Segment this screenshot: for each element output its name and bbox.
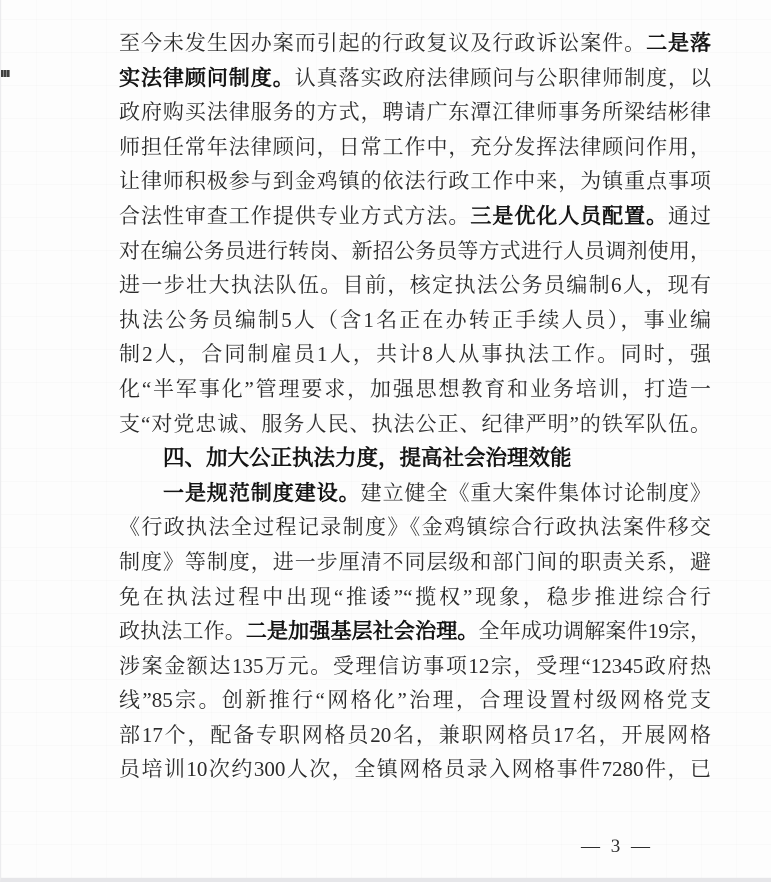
text-run: 师担任常年法律顾问，日常工作中，充分发挥法律顾问作用， — [119, 135, 711, 159]
text-run: 全年成功调解案件19宗， — [479, 619, 711, 643]
text-run: 员培训10次约300人次，全镇网格员录入网格事件7280件，已 — [119, 757, 711, 781]
text-line: 员培训10次约300人次，全镇网格员录入网格事件7280件，已 — [119, 752, 711, 787]
text-line: 执法公务员编制5人（含1名正在办转正手续人员），事业编 — [119, 303, 711, 338]
text-run: 免在执法过程中出现“推诿”“揽权”现象，稳步推进综合行 — [119, 585, 711, 609]
text-run: 《行政执法全过程记录制度》《金鸡镇综合行政执法案件移交 — [119, 515, 711, 539]
emphasis-run: 三是优化人员配置。 — [470, 204, 668, 228]
emphasis-run: 一是规范制度建设。 — [163, 481, 361, 505]
section-heading: 四、加大公正执法力度，提高社会治理效能 — [119, 441, 711, 476]
text-line: 制2人，合同制雇员1人，共计8人从事执法工作。同时，强 — [119, 337, 711, 372]
text-run: 制2人，合同制雇员1人，共计8人从事执法工作。同时，强 — [119, 342, 711, 366]
text-line: 政执法工作。二是加强基层社会治理。全年成功调解案件19宗， — [119, 614, 711, 649]
text-run: 线”85宗。创新推行“网格化”治理，合理设置村级网格党支 — [119, 688, 711, 712]
text-run: 涉案金额达135万元。受理信访事项12宗，受理“12345政府热 — [119, 654, 711, 678]
text-line: 化“半军事化”管理要求，加强思想教育和业务培训，打造一 — [119, 372, 711, 407]
text-line: 进一步壮大执法队伍。目前，核定执法公务员编制6人，现有 — [119, 268, 711, 303]
text-line: 一是规范制度建设。建立健全《重大案件集体讨论制度》 — [119, 476, 711, 511]
text-run: 至今未发生因办案而引起的行政复议及行政诉讼案件。 — [119, 31, 646, 55]
emphasis-run: 实法律顾问制度。 — [119, 66, 295, 90]
text-run: 制度》等制度，进一步厘清不同层级和部门间的职责关系，避 — [119, 550, 711, 574]
text-run: 合法性审查工作提供专业方式方法。 — [119, 204, 470, 228]
text-line: 线”85宗。创新推行“网格化”治理，合理设置村级网格党支 — [119, 683, 711, 718]
text-run: 支“对党忠诚、服务人民、执法公正、纪律严明”的铁军队伍。 — [119, 412, 711, 436]
text-line: 政府购买法律服务的方式，聘请广东潭江律师事务所梁结彬律 — [119, 95, 711, 130]
emphasis-run: 二是落 — [646, 31, 711, 55]
text-line: 实法律顾问制度。认真落实政府法律顾问与公职律师制度，以 — [119, 61, 711, 96]
text-line: 让律师积极参与到金鸡镇的依法行政工作中来，为镇重点事项 — [119, 164, 711, 199]
text-run: 政执法工作。 — [119, 619, 246, 643]
text-line: 至今未发生因办案而引起的行政复议及行政诉讼案件。二是落 — [119, 26, 711, 61]
text-line: 对在编公务员进行转岗、新招公务员等方式进行人员调剂使用， — [119, 234, 711, 269]
text-run: 通过 — [668, 204, 711, 228]
emphasis-run: 四、加大公正执法力度，提高社会治理效能 — [163, 446, 572, 470]
text-line: 制度》等制度，进一步厘清不同层级和部门间的职责关系，避 — [119, 545, 711, 580]
text-run: 让律师积极参与到金鸡镇的依法行政工作中来，为镇重点事项 — [119, 169, 711, 193]
text-line: 支“对党忠诚、服务人民、执法公正、纪律严明”的铁军队伍。 — [119, 407, 711, 442]
document-page: 至今未发生因办案而引起的行政复议及行政诉讼案件。二是落实法律顾问制度。认真落实政… — [0, 0, 771, 882]
text-run: 进一步壮大执法队伍。目前，核定执法公务员编制6人，现有 — [119, 273, 711, 297]
text-run: 建立健全《重大案件集体讨论制度》 — [361, 481, 711, 505]
text-line: 涉案金额达135万元。受理信访事项12宗，受理“12345政府热 — [119, 649, 711, 684]
text-run: 对在编公务员进行转岗、新招公务员等方式进行人员调剂使用， — [119, 239, 711, 263]
page-number: — 3 — — [559, 834, 675, 860]
text-run: 执法公务员编制5人（含1名正在办转正手续人员），事业编 — [119, 308, 711, 332]
text-run: 认真落实政府法律顾问与公职律师制度，以 — [295, 66, 711, 90]
text-line: 《行政执法全过程记录制度》《金鸡镇综合行政执法案件移交 — [119, 510, 711, 545]
text-line: 免在执法过程中出现“推诿”“揽权”现象，稳步推进综合行 — [119, 580, 711, 615]
page-root: { "page": { "number_label": "— 3 —", "ba… — [0, 0, 771, 882]
text-run: 政府购买法律服务的方式，聘请广东潭江律师事务所梁结彬律 — [119, 100, 711, 124]
emphasis-run: 二是加强基层社会治理。 — [246, 619, 479, 643]
text-run: 部17个，配备专职网格员20名，兼职网格员17名，开展网格 — [119, 723, 711, 747]
text-line: 师担任常年法律顾问，日常工作中，充分发挥法律顾问作用， — [119, 130, 711, 165]
text-run: 化“半军事化”管理要求，加强思想教育和业务培训，打造一 — [119, 377, 711, 401]
document-body: 至今未发生因办案而引起的行政复议及行政诉讼案件。二是落实法律顾问制度。认真落实政… — [119, 26, 711, 787]
text-line: 合法性审查工作提供专业方式方法。三是优化人员配置。通过 — [119, 199, 711, 234]
scan-artifact-mark — [1, 70, 10, 77]
text-line: 部17个，配备专职网格员20名，兼职网格员17名，开展网格 — [119, 718, 711, 753]
